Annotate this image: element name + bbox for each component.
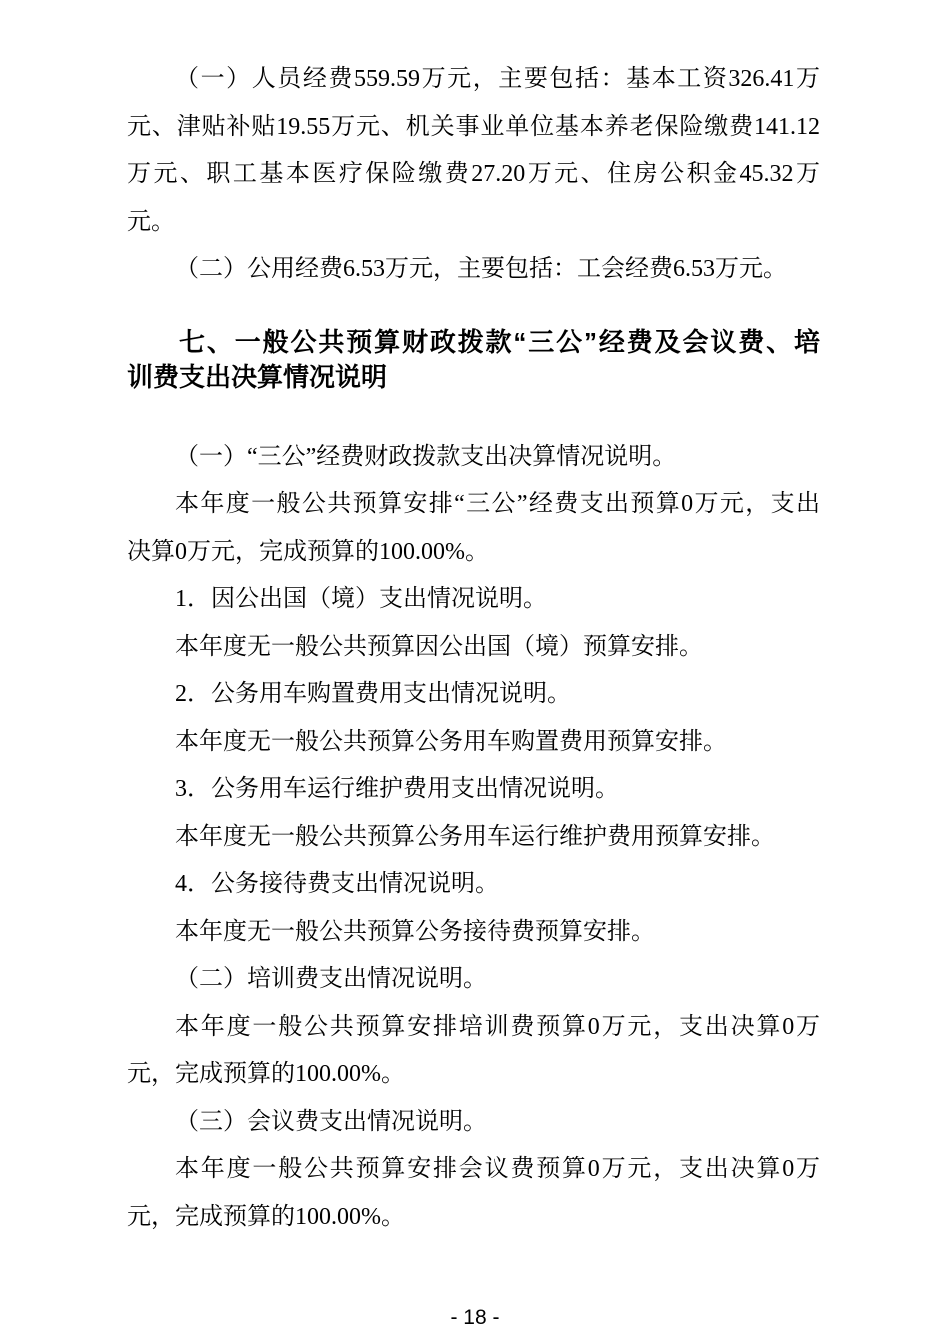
text-line: 元，完成预算的100.00%。 [127,1051,820,1099]
text-line: 3．公务用车运行维护费用支出情况说明。 [127,766,820,814]
document-body: （一）人员经费559.59万元，主要包括：基本工资326.41万元、津贴补贴19… [0,0,950,1241]
text-line: 4．公务接待费支出情况说明。 [127,861,820,909]
paragraph: （二）培训费支出情况说明。 [127,956,820,1004]
paragraph: 3．公务用车运行维护费用支出情况说明。 [127,766,820,814]
text-line: 万元、职工基本医疗保险缴费27.20万元、住房公积金45.32万 [127,151,820,199]
text-line: 七、一般公共预算财政拨款“三公”经费及会议费、培 [127,325,820,360]
text-line: （一）“三公”经费财政拨款支出决算情况说明。 [127,434,820,482]
document-page: （一）人员经费559.59万元，主要包括：基本工资326.41万元、津贴补贴19… [0,0,950,1343]
paragraph: 本年度无一般公共预算公务用车运行维护费用预算安排。 [127,814,820,862]
text-line: 1．因公出国（境）支出情况说明。 [127,576,820,624]
paragraph: 1．因公出国（境）支出情况说明。 [127,576,820,624]
paragraph: 2．公务用车购置费用支出情况说明。 [127,671,820,719]
text-line: （三）会议费支出情况说明。 [127,1099,820,1147]
text-line: 元，完成预算的100.00%。 [127,1194,820,1242]
text-line: （二）公用经费6.53万元，主要包括：工会经费6.53万元。 [127,246,820,294]
text-line: （二）培训费支出情况说明。 [127,956,820,1004]
section-heading: 七、一般公共预算财政拨款“三公”经费及会议费、培训费支出决算情况说明 [127,325,820,395]
text-line: 本年度无一般公共预算因公出国（境）预算安排。 [127,624,820,672]
text-line: （一）人员经费559.59万元，主要包括：基本工资326.41万 [127,56,820,104]
page-number: - 18 - [450,1306,499,1329]
paragraph: 本年度无一般公共预算因公出国（境）预算安排。 [127,624,820,672]
paragraph: 本年度一般公共预算安排会议费预算0万元，支出决算0万元，完成预算的100.00%… [127,1146,820,1241]
text-line: 本年度无一般公共预算公务用车运行维护费用预算安排。 [127,814,820,862]
paragraph: 本年度无一般公共预算公务用车购置费用预算安排。 [127,719,820,767]
paragraph: （二）公用经费6.53万元，主要包括：工会经费6.53万元。 [127,246,820,294]
text-line: 本年度一般公共预算安排会议费预算0万元，支出决算0万 [127,1146,820,1194]
text-line: 决算0万元，完成预算的100.00%。 [127,529,820,577]
paragraph: 本年度无一般公共预算公务接待费预算安排。 [127,909,820,957]
text-line: 元、津贴补贴19.55万元、机关事业单位基本养老保险缴费141.12 [127,104,820,152]
page-footer: - 18 - [0,1303,950,1333]
paragraph: 本年度一般公共预算安排培训费预算0万元，支出决算0万元，完成预算的100.00%… [127,1004,820,1099]
paragraph: （三）会议费支出情况说明。 [127,1099,820,1147]
text-line: 元。 [127,199,820,247]
text-line: 本年度无一般公共预算公务用车购置费用预算安排。 [127,719,820,767]
text-line: 2．公务用车购置费用支出情况说明。 [127,671,820,719]
paragraph: 4．公务接待费支出情况说明。 [127,861,820,909]
paragraph: （一）人员经费559.59万元，主要包括：基本工资326.41万元、津贴补贴19… [127,56,820,246]
text-line: 本年度一般公共预算安排培训费预算0万元，支出决算0万 [127,1004,820,1052]
text-line: 训费支出决算情况说明 [127,360,820,395]
text-line: 本年度一般公共预算安排“三公”经费支出预算0万元，支出 [127,481,820,529]
paragraph: 本年度一般公共预算安排“三公”经费支出预算0万元，支出决算0万元，完成预算的10… [127,481,820,576]
text-line: 本年度无一般公共预算公务接待费预算安排。 [127,909,820,957]
paragraph: （一）“三公”经费财政拨款支出决算情况说明。 [127,434,820,482]
